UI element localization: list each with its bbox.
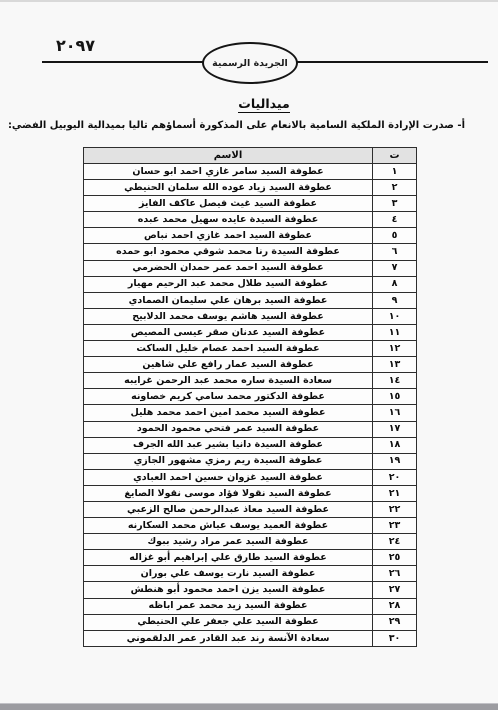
table-row: ١٩عطوفة السيدة ريم رمزي مشهور الجازي bbox=[84, 453, 417, 469]
row-index: ٥ bbox=[373, 228, 417, 244]
row-index: ١١ bbox=[373, 324, 417, 340]
row-index: ٦ bbox=[373, 244, 417, 260]
table-row: ٢٧عطوفة السيد يزن احمد محمود أبو هنطش bbox=[84, 582, 417, 598]
row-name: عطوفة السيدة ريم رمزي مشهور الجازي bbox=[84, 453, 373, 469]
table-row: ٢٩عطوفة السيد علي جعفر علي الحنيطي bbox=[84, 614, 417, 630]
row-index: ٧ bbox=[373, 260, 417, 276]
page-number: ٢٠٩٧ bbox=[56, 36, 95, 55]
row-index: ٢٧ bbox=[373, 582, 417, 598]
row-index: ٢٣ bbox=[373, 518, 417, 534]
row-index: ٢ bbox=[373, 180, 417, 196]
medals-table: ت الاسم ١عطوفة السيد سامر غازي احمد ابو … bbox=[83, 147, 417, 647]
section-title-wrap: ميداليات bbox=[0, 93, 498, 113]
row-name: عطوفة السيد عمر مراد رشيد ببوك bbox=[84, 534, 373, 550]
row-name: عطوفة السيد غيث فيصل عاكف الفايز bbox=[84, 196, 373, 212]
row-index: ١٤ bbox=[373, 373, 417, 389]
row-name: عطوفة السيد زيد محمد عمر اباظه bbox=[84, 598, 373, 614]
table-row: ٩عطوفة السيد برهان علي سليمان الصمادي bbox=[84, 292, 417, 308]
row-name: عطوفة السيد عمار رافع علي شاهين bbox=[84, 357, 373, 373]
row-name: عطوفة السيد طارق علي إبراهيم أبو غزاله bbox=[84, 550, 373, 566]
row-name: عطوفة الدكتور محمد سامي كريم خصاونه bbox=[84, 389, 373, 405]
table-row: ٢٦عطوفة السيد نارت يوسف علي بوران bbox=[84, 566, 417, 582]
row-name: عطوفة السيدة رنا محمد شوقي محمود ابو حمد… bbox=[84, 244, 373, 260]
row-name: عطوفة السيد زياد عوده الله سلمان الحنيطي bbox=[84, 180, 373, 196]
gazette-seal-label: الجريدة الرسمية bbox=[212, 58, 288, 69]
row-name: عطوفة السيد احمد غازي احمد نباص bbox=[84, 228, 373, 244]
table-row: ١١عطوفة السيد عدنان صقر عيسى المصيص bbox=[84, 324, 417, 340]
row-name: عطوفة السيد سامر غازي احمد ابو حسان bbox=[84, 164, 373, 180]
row-index: ١٢ bbox=[373, 341, 417, 357]
row-name: عطوفة السيد علي جعفر علي الحنيطي bbox=[84, 614, 373, 630]
table-row: ٢٣عطوفة العميد يوسف عياش محمد السكارنه bbox=[84, 518, 417, 534]
table-row: ١٥عطوفة الدكتور محمد سامي كريم خصاونه bbox=[84, 389, 417, 405]
row-name: عطوفة السيد نقولا فؤاد موسى نقولا الصايغ bbox=[84, 485, 373, 501]
row-name: عطوفة السيد معاذ عبدالرحمن صالح الزعبي bbox=[84, 501, 373, 517]
table-row: ١٤سعادة السيدة ساره محمد عبد الرحمن غراي… bbox=[84, 373, 417, 389]
table-row: ٤عطوفة السيدة عايده سهيل محمد عبده bbox=[84, 212, 417, 228]
row-index: ٢١ bbox=[373, 485, 417, 501]
row-index: ١٠ bbox=[373, 308, 417, 324]
row-index: ١٦ bbox=[373, 405, 417, 421]
window-top-edge bbox=[0, 0, 498, 2]
table-row: ٥عطوفة السيد احمد غازي احمد نباص bbox=[84, 228, 417, 244]
gazette-page: { "header": { "page_number": "٢٠٩٧", "ga… bbox=[0, 0, 498, 710]
table-row: ١٧عطوفة السيد عمر فتحي محمود الحمود bbox=[84, 421, 417, 437]
row-index: ٨ bbox=[373, 276, 417, 292]
row-index: ٢٥ bbox=[373, 550, 417, 566]
row-index: ٩ bbox=[373, 292, 417, 308]
row-index: ٢٤ bbox=[373, 534, 417, 550]
table-row: ٦عطوفة السيدة رنا محمد شوقي محمود ابو حم… bbox=[84, 244, 417, 260]
row-name: عطوفة السيد طلال محمد عبد الرحيم مهيار bbox=[84, 276, 373, 292]
table-row: ٢٢عطوفة السيد معاذ عبدالرحمن صالح الزعبي bbox=[84, 501, 417, 517]
row-name: عطوفة السيد نارت يوسف علي بوران bbox=[84, 566, 373, 582]
row-index: ١٩ bbox=[373, 453, 417, 469]
row-index: ١٣ bbox=[373, 357, 417, 373]
row-index: ١٥ bbox=[373, 389, 417, 405]
row-name: عطوفة العميد يوسف عياش محمد السكارنه bbox=[84, 518, 373, 534]
table-row: ٢٥عطوفة السيد طارق علي إبراهيم أبو غزاله bbox=[84, 550, 417, 566]
row-name: عطوفة السيد عدنان صقر عيسى المصيص bbox=[84, 324, 373, 340]
table-row: ٢٤عطوفة السيد عمر مراد رشيد ببوك bbox=[84, 534, 417, 550]
row-name: عطوفة السيدة دانيا بشير عبد الله الجرف bbox=[84, 437, 373, 453]
row-index: ١٧ bbox=[373, 421, 417, 437]
intro-text: أ- صدرت الإرادة الملكية السامية بالانعام… bbox=[8, 120, 465, 131]
table-row: ١٨عطوفة السيدة دانيا بشير عبد الله الجرف bbox=[84, 437, 417, 453]
row-name: سعادة الآنسة رند عبد القادر عمر الدلقمون… bbox=[84, 630, 373, 646]
header-row: ت الاسم bbox=[84, 148, 417, 164]
row-index: ٤ bbox=[373, 212, 417, 228]
row-name: عطوفة السيد احمد عصام خليل الساكت bbox=[84, 341, 373, 357]
row-index: ٢٠ bbox=[373, 469, 417, 485]
row-name: عطوفة السيد عمر فتحي محمود الحمود bbox=[84, 421, 373, 437]
row-name: عطوفة السيدة عايده سهيل محمد عبده bbox=[84, 212, 373, 228]
window-bottom-edge bbox=[0, 703, 498, 710]
gazette-seal: الجريدة الرسمية bbox=[202, 42, 298, 84]
table-row: ٣٠سعادة الآنسة رند عبد القادر عمر الدلقم… bbox=[84, 630, 417, 646]
row-name: عطوفة السيد يزن احمد محمود أبو هنطش bbox=[84, 582, 373, 598]
row-index: ٢٩ bbox=[373, 614, 417, 630]
table-row: ١٢عطوفة السيد احمد عصام خليل الساكت bbox=[84, 341, 417, 357]
row-index: ٢٢ bbox=[373, 501, 417, 517]
row-name: عطوفة السيد محمد امين احمد محمد هليل bbox=[84, 405, 373, 421]
table-row: ٣عطوفة السيد غيث فيصل عاكف الفايز bbox=[84, 196, 417, 212]
row-name: عطوفة السيد برهان علي سليمان الصمادي bbox=[84, 292, 373, 308]
table-row: ١عطوفة السيد سامر غازي احمد ابو حسان bbox=[84, 164, 417, 180]
header-cell-index: ت bbox=[373, 148, 417, 164]
table-row: ١٦عطوفة السيد محمد امين احمد محمد هليل bbox=[84, 405, 417, 421]
header-cell-name: الاسم bbox=[84, 148, 373, 164]
table-row: ٨عطوفة السيد طلال محمد عبد الرحيم مهيار bbox=[84, 276, 417, 292]
table-row: ٢١عطوفة السيد نقولا فؤاد موسى نقولا الصا… bbox=[84, 485, 417, 501]
row-index: ٣٠ bbox=[373, 630, 417, 646]
row-name: عطوفة السيد احمد عمر حمدان الحضرمي bbox=[84, 260, 373, 276]
row-index: ١٨ bbox=[373, 437, 417, 453]
table-row: ١٣عطوفة السيد عمار رافع علي شاهين bbox=[84, 357, 417, 373]
row-name: عطوفة السيد غزوان حسين احمد العبادي bbox=[84, 469, 373, 485]
row-name: عطوفة السيد هاشم يوسف محمد الدلابيح bbox=[84, 308, 373, 324]
table-row: ٢٠عطوفة السيد غزوان حسين احمد العبادي bbox=[84, 469, 417, 485]
table-row: ٢٨عطوفة السيد زيد محمد عمر اباظه bbox=[84, 598, 417, 614]
row-index: ٢٦ bbox=[373, 566, 417, 582]
section-title: ميداليات bbox=[238, 96, 289, 113]
table-row: ١٠عطوفة السيد هاشم يوسف محمد الدلابيح bbox=[84, 308, 417, 324]
medals-table-header: ت الاسم bbox=[84, 148, 417, 164]
row-index: ٢٨ bbox=[373, 598, 417, 614]
row-index: ٣ bbox=[373, 196, 417, 212]
row-index: ١ bbox=[373, 164, 417, 180]
table-row: ٧عطوفة السيد احمد عمر حمدان الحضرمي bbox=[84, 260, 417, 276]
table-row: ٢عطوفة السيد زياد عوده الله سلمان الحنيط… bbox=[84, 180, 417, 196]
medals-table-body: ١عطوفة السيد سامر غازي احمد ابو حسان٢عطو… bbox=[84, 164, 417, 647]
row-name: سعادة السيدة ساره محمد عبد الرحمن غرايبه bbox=[84, 373, 373, 389]
